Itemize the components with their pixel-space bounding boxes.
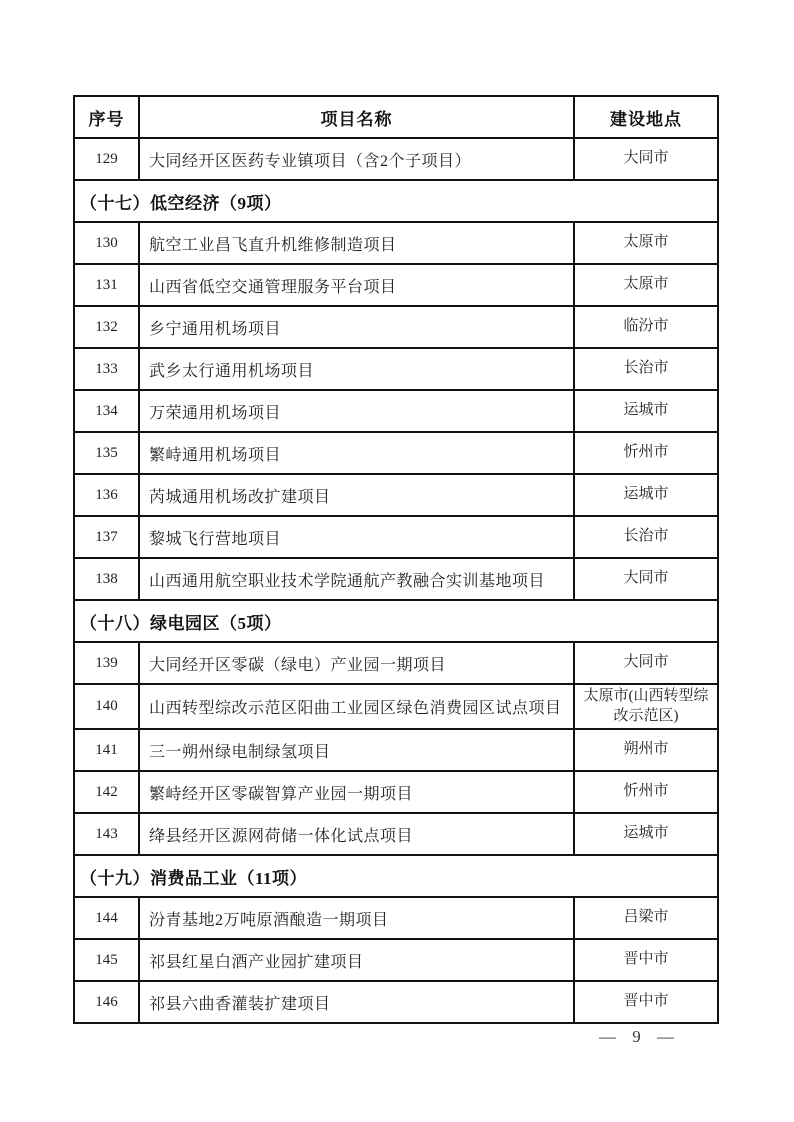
table-row: 129 大同经开区医药专业镇项目（含2个子项目） 大同市 <box>74 138 718 180</box>
project-name-cell: 山西省低空交通管理服务平台项目 <box>139 264 574 306</box>
location-cell: 忻州市 <box>574 771 718 813</box>
row-number-cell: 143 <box>74 813 139 855</box>
project-name-cell: 祁县红星白酒产业园扩建项目 <box>139 939 574 981</box>
location-cell: 太原市 <box>574 264 718 306</box>
location-cell: 临汾市 <box>574 306 718 348</box>
row-number-cell: 145 <box>74 939 139 981</box>
row-number-cell: 133 <box>74 348 139 390</box>
project-name-cell: 祁县六曲香灌装扩建项目 <box>139 981 574 1023</box>
row-number-cell: 146 <box>74 981 139 1023</box>
table-row: 135 繁峙通用机场项目 忻州市 <box>74 432 718 474</box>
row-number-cell: 141 <box>74 729 139 771</box>
table-row: 143 绛县经开区源网荷储一体化试点项目 运城市 <box>74 813 718 855</box>
row-number-cell: 136 <box>74 474 139 516</box>
location-cell: 长治市 <box>574 516 718 558</box>
project-name-cell: 乡宁通用机场项目 <box>139 306 574 348</box>
row-number-cell: 138 <box>74 558 139 600</box>
location-cell: 晋中市 <box>574 981 718 1023</box>
table-row: 145 祁县红星白酒产业园扩建项目 晋中市 <box>74 939 718 981</box>
location-cell: 太原市 <box>574 222 718 264</box>
section-header: （十九）消费品工业（11项） <box>74 855 718 897</box>
row-number-cell: 142 <box>74 771 139 813</box>
location-cell: 朔州市 <box>574 729 718 771</box>
location-cell: 忻州市 <box>574 432 718 474</box>
table-row: 134 万荣通用机场项目 运城市 <box>74 390 718 432</box>
project-name-cell: 汾青基地2万吨原酒酿造一期项目 <box>139 897 574 939</box>
location-cell: 太原市(山西转型综改示范区) <box>574 684 718 729</box>
project-name-cell: 绛县经开区源网荷储一体化试点项目 <box>139 813 574 855</box>
row-number-cell: 144 <box>74 897 139 939</box>
table-row: 137 黎城飞行营地项目 长治市 <box>74 516 718 558</box>
column-header-no: 序号 <box>74 96 139 138</box>
document-page: 序号 项目名称 建设地点 129 大同经开区医药专业镇项目（含2个子项目） 大同… <box>0 0 794 1122</box>
section-header: （十七）低空经济（9项） <box>74 180 718 222</box>
section-row: （十九）消费品工业（11项） <box>74 855 718 897</box>
row-number-cell: 137 <box>74 516 139 558</box>
project-name-cell: 山西转型综改示范区阳曲工业园区绿色消费园区试点项目 <box>139 684 574 729</box>
table-row: 138 山西通用航空职业技术学院通航产教融合实训基地项目 大同市 <box>74 558 718 600</box>
table-row: 133 武乡太行通用机场项目 长治市 <box>74 348 718 390</box>
location-cell: 长治市 <box>574 348 718 390</box>
location-cell: 大同市 <box>574 558 718 600</box>
project-name-cell: 芮城通用机场改扩建项目 <box>139 474 574 516</box>
project-name-cell: 三一朔州绿电制绿氢项目 <box>139 729 574 771</box>
location-cell: 晋中市 <box>574 939 718 981</box>
row-number-cell: 135 <box>74 432 139 474</box>
table-row: 144 汾青基地2万吨原酒酿造一期项目 吕梁市 <box>74 897 718 939</box>
row-number-cell: 139 <box>74 642 139 684</box>
table-row: 140 山西转型综改示范区阳曲工业园区绿色消费园区试点项目 太原市(山西转型综改… <box>74 684 718 729</box>
table-row: 132 乡宁通用机场项目 临汾市 <box>74 306 718 348</box>
project-name-cell: 航空工业昌飞直升机维修制造项目 <box>139 222 574 264</box>
row-number-cell: 130 <box>74 222 139 264</box>
table-row: 131 山西省低空交通管理服务平台项目 太原市 <box>74 264 718 306</box>
project-name-cell: 繁峙通用机场项目 <box>139 432 574 474</box>
row-number-cell: 140 <box>74 684 139 729</box>
column-header-location: 建设地点 <box>574 96 718 138</box>
row-number-cell: 129 <box>74 138 139 180</box>
section-header: （十八）绿电园区（5项） <box>74 600 718 642</box>
column-header-project-name: 项目名称 <box>139 96 574 138</box>
table-row: 130 航空工业昌飞直升机维修制造项目 太原市 <box>74 222 718 264</box>
projects-table: 序号 项目名称 建设地点 129 大同经开区医药专业镇项目（含2个子项目） 大同… <box>73 95 719 1024</box>
project-name-cell: 黎城飞行营地项目 <box>139 516 574 558</box>
project-name-cell: 武乡太行通用机场项目 <box>139 348 574 390</box>
location-cell: 运城市 <box>574 390 718 432</box>
project-name-cell: 万荣通用机场项目 <box>139 390 574 432</box>
project-name-cell: 山西通用航空职业技术学院通航产教融合实训基地项目 <box>139 558 574 600</box>
row-number-cell: 134 <box>74 390 139 432</box>
section-row: （十七）低空经济（9项） <box>74 180 718 222</box>
location-cell: 运城市 <box>574 813 718 855</box>
row-number-cell: 132 <box>74 306 139 348</box>
location-cell: 大同市 <box>574 138 718 180</box>
row-number-cell: 131 <box>74 264 139 306</box>
section-row: （十八）绿电园区（5项） <box>74 600 718 642</box>
table-row: 139 大同经开区零碳（绿电）产业园一期项目 大同市 <box>74 642 718 684</box>
table-row: 136 芮城通用机场改扩建项目 运城市 <box>74 474 718 516</box>
project-name-cell: 大同经开区医药专业镇项目（含2个子项目） <box>139 138 574 180</box>
table-row: 141 三一朔州绿电制绿氢项目 朔州市 <box>74 729 718 771</box>
project-name-cell: 大同经开区零碳（绿电）产业园一期项目 <box>139 642 574 684</box>
location-cell: 运城市 <box>574 474 718 516</box>
table-row: 146 祁县六曲香灌装扩建项目 晋中市 <box>74 981 718 1023</box>
location-cell: 吕梁市 <box>574 897 718 939</box>
project-name-cell: 繁峙经开区零碳智算产业园一期项目 <box>139 771 574 813</box>
table-row: 142 繁峙经开区零碳智算产业园一期项目 忻州市 <box>74 771 718 813</box>
location-cell: 大同市 <box>574 642 718 684</box>
header-row: 序号 项目名称 建设地点 <box>74 96 718 138</box>
page-number: — 9 — <box>599 1027 674 1047</box>
